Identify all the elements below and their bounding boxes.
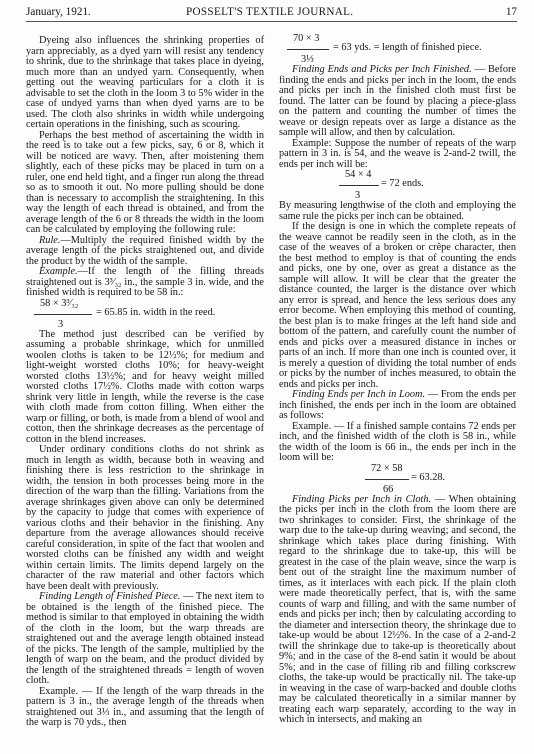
section-heading: Finding Ends and Picks per Inch Finished… (292, 64, 472, 75)
paragraph-picks-cloth: Finding Picks per Inch in Cloth. — When … (279, 495, 516, 726)
formula-result: = 63 yds. = length of finished piece. (333, 43, 482, 54)
formula-numerator: 72 × 58 (371, 464, 403, 475)
rule-text: —Multiply the required finished width by… (26, 235, 264, 267)
formula-ends: 54 × 4 = 72 ends. 3 (279, 170, 516, 201)
formula-denominator: 3⅓ (301, 55, 314, 66)
section-heading: Finding Picks per Inch in Cloth. (292, 494, 431, 505)
section-heading: Finding Length of Finished Piece. (39, 591, 180, 602)
formula-result: = 72 ends. (381, 179, 424, 190)
page-number: 17 (506, 6, 517, 18)
rule-label: Rule. (39, 235, 60, 246)
formula-denominator: 3 (58, 320, 63, 331)
journal-title: POSSELT'S TEXTILE JOURNAL. (186, 6, 353, 18)
left-column: Dyeing also influences the shrinking pro… (26, 36, 264, 729)
formula-denominator: 66 (383, 485, 393, 496)
formula-loom-ends: 72 × 58 = 63.28. 66 (279, 464, 516, 495)
fraction-bar (34, 314, 92, 315)
fraction-bar (365, 479, 409, 480)
formula-reed-width: 58 × 3³⁄₃₂ = 65.85 in. width in the reed… (26, 299, 264, 330)
issue-date: January, 1921. (26, 6, 91, 18)
formula-numerator: 70 × 3 (293, 34, 319, 45)
section-body: — The next item to be obtained is the le… (26, 591, 264, 686)
paragraph-conditions: Under ordinary conditions cloths do not … (26, 445, 264, 592)
paragraph-repeats-example: Example: Suppose the number of repeats o… (279, 139, 516, 171)
paragraph-rule: Rule.—Multiply the required finished wid… (26, 236, 264, 268)
paragraph-length-example: Example. — If the length of the warp thr… (26, 687, 264, 729)
paragraph-dyeing: Dyeing also influences the shrinking pro… (26, 36, 264, 131)
right-column: 70 × 3 = 63 yds. = length of finished pi… (279, 34, 516, 726)
paragraph-example: Example.—If the length of the filling th… (26, 267, 264, 299)
section-heading: Finding Ends per Inch in Loom. (292, 389, 425, 400)
paragraph-lengthwise: By measuring lengthwise of the cloth and… (279, 201, 516, 222)
fraction-bar (339, 185, 379, 186)
paragraph-ends-loom: Finding Ends per Inch in Loom. — From th… (279, 390, 516, 422)
paragraph-ends-loom-example: Example. — If a finished sample contains… (279, 422, 516, 464)
fraction-bar (287, 49, 329, 50)
formula-result: = 65.85 in. width in the reed. (96, 308, 215, 319)
section-body: — When obtaining the picks per inch in t… (279, 494, 516, 726)
paragraph-ends-picks-finished: Finding Ends and Picks per Inch Finished… (279, 65, 516, 139)
formula-finished-length: 70 × 3 = 63 yds. = length of finished pi… (279, 34, 516, 65)
section-body: — Before finding the ends and picks per … (279, 64, 516, 138)
running-header: January, 1921. POSSELT'S TEXTILE JOURNAL… (26, 4, 517, 22)
paragraph-broken-weave: If the design is one in which the comple… (279, 222, 516, 390)
example-label: Example. (39, 266, 78, 277)
paragraph-shrinkage: The method just described can be verifie… (26, 330, 264, 446)
formula-denominator: 3 (355, 191, 360, 202)
formula-result: = 63.28. (411, 473, 445, 484)
formula-numerator: 58 × 3³⁄₃₂ (40, 299, 78, 310)
formula-numerator: 54 × 4 (345, 170, 371, 181)
paragraph-finished-length: Finding Length of Finished Piece. — The … (26, 592, 264, 687)
paragraph-width-method: Perhaps the best method of ascertaining … (26, 131, 264, 236)
